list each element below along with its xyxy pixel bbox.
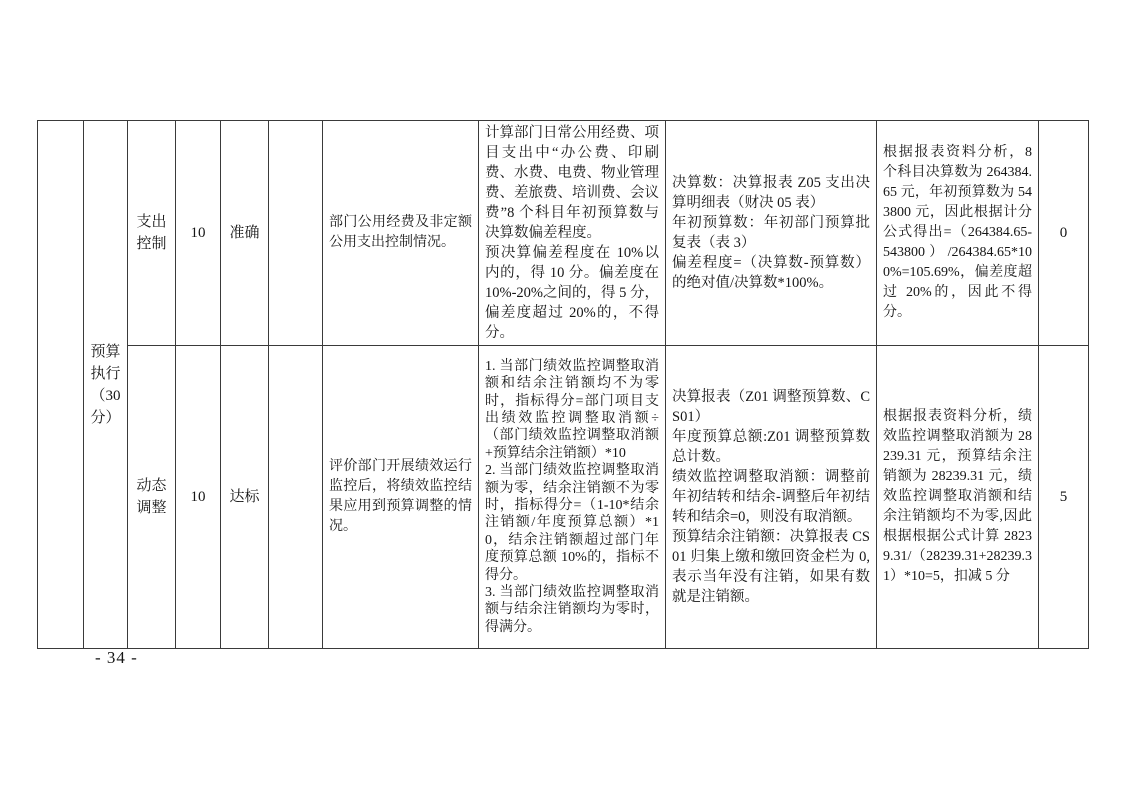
cell-empty <box>269 346 323 649</box>
cell-weight: 10 <box>176 346 221 649</box>
cell-analysis: 根据报表资料分析，绩效监控调整取消额为 28239.31 元，预算结余注销额为 … <box>877 346 1039 649</box>
cell-score: 0 <box>1039 121 1089 346</box>
table-row: 预算 执行 （30 分） 支出 控制 10 准确 部门公用经费及非定额公用支出控… <box>38 121 1089 346</box>
cell-score: 5 <box>1039 346 1089 649</box>
cell-scoring-basis: 决算报表（Z01 调整预算数、CS01） 年度预算总额:Z01 调整预算数总计数… <box>666 346 877 649</box>
cell-indicator-expenditure-control: 支出 控制 <box>128 121 176 346</box>
cell-indicator-definition: 部门公用经费及非定额公用支出控制情况。 <box>323 121 479 346</box>
cell-indicator-definition: 评价部门开展绩效运行监控后，将绩效监控结果应用到预算调整的情况。 <box>323 346 479 649</box>
document-page: 预算 执行 （30 分） 支出 控制 10 准确 部门公用经费及非定额公用支出控… <box>0 0 1122 793</box>
cell-indicator-dynamic-adjustment: 动态 调整 <box>128 346 176 649</box>
cell-scoring-basis: 决算数：决算报表 Z05 支出决算明细表（财决 05 表） 年初预算数：年初部门… <box>666 121 877 346</box>
table-row: 动态 调整 10 达标 评价部门开展绩效运行监控后，将绩效监控结果应用到预算调整… <box>38 346 1089 649</box>
cell-scoring-criteria: 计算部门日常公用经费、项目支出中“办公费、印刷费、水费、电费、物业管理费、差旅费… <box>479 121 666 346</box>
evaluation-table: 预算 执行 （30 分） 支出 控制 10 准确 部门公用经费及非定额公用支出控… <box>37 120 1089 649</box>
cell-analysis: 根据报表资料分析，8 个科目决算数为 264384.65 元，年初预算数为 54… <box>877 121 1039 346</box>
cell-grade: 准确 <box>221 121 269 346</box>
cell-weight: 10 <box>176 121 221 346</box>
cell-level1-category-empty <box>38 121 84 649</box>
cell-category-budget-execution: 预算 执行 （30 分） <box>84 121 128 649</box>
cell-empty <box>269 121 323 346</box>
cell-grade: 达标 <box>221 346 269 649</box>
page-number: - 34 - <box>95 648 138 668</box>
cell-scoring-criteria: 1. 当部门绩效监控调整取消额和结余注销额均不为零时，指标得分=部门项目支出绩效… <box>479 346 666 649</box>
